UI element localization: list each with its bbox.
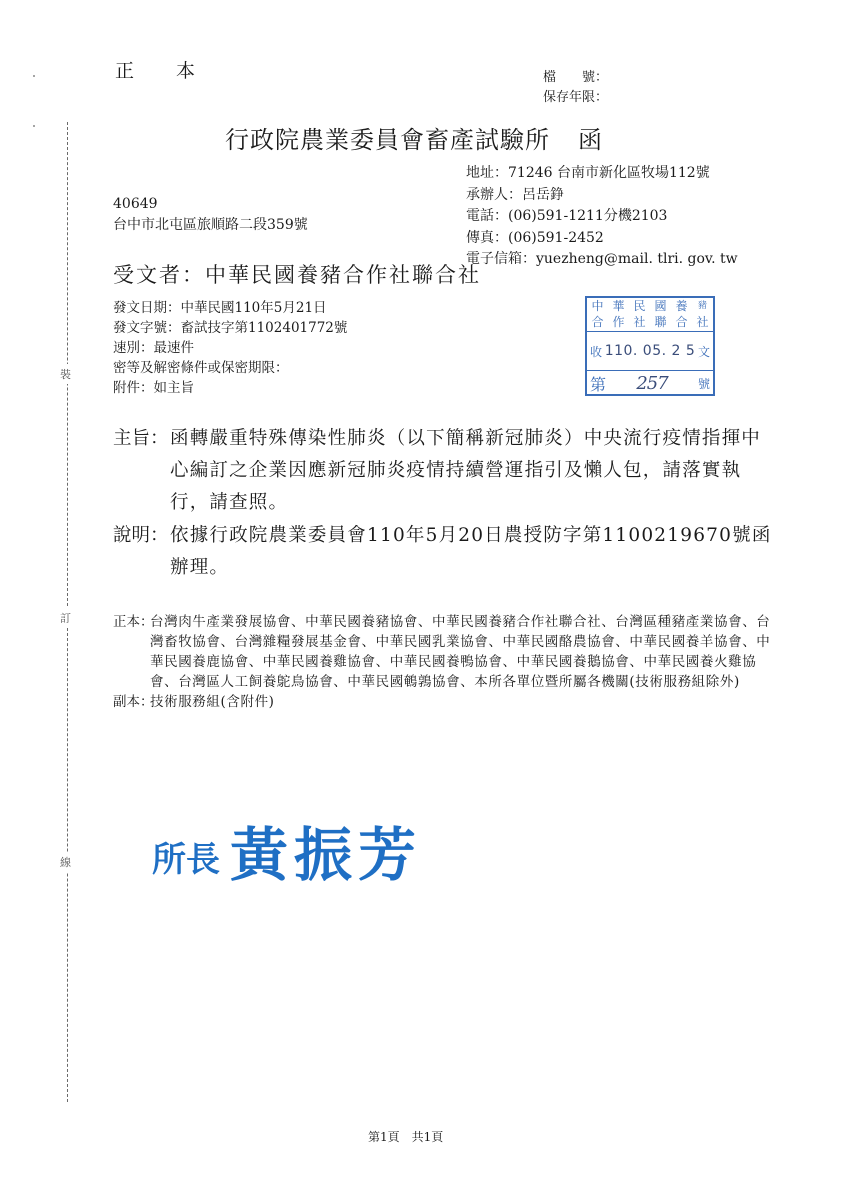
stamp-char: 養 xyxy=(671,299,692,315)
stamp-char: 國 xyxy=(650,299,671,315)
page-indicator: 第1頁 共1頁 xyxy=(368,1128,443,1145)
stamp-char: 合 xyxy=(671,315,692,331)
stamp-char: 聯 xyxy=(650,315,671,331)
explanation-text: 依據行政院農業委員會110年5月20日農授防字第1100219670號函辦理。 xyxy=(170,520,773,584)
signature-title: 所長 xyxy=(152,840,220,880)
stamp-char: 合 xyxy=(587,315,608,331)
retention-label: 保存年限： xyxy=(543,88,608,108)
issue-date: 發文日期：中華民國110年5月21日 xyxy=(113,298,347,318)
subject-text: 函轉嚴重特殊傳染性肺炎（以下簡稱新冠肺炎）中央流行疫情指揮中心編訂之企業因應新冠… xyxy=(170,423,773,519)
recipient-name: 受文者：中華民國養豬合作社聯合社 xyxy=(113,259,481,289)
copy-mark: 正 本 xyxy=(115,56,213,83)
sender-email: 電子信箱：yuezheng@mail. tlri. gov. tw xyxy=(466,249,738,271)
explanation-section: 說明： 依據行政院農業委員會110年5月20日農授防字第1100219670號函… xyxy=(113,520,773,584)
scan-dot xyxy=(33,75,35,77)
stamp-char: 民 xyxy=(629,299,650,315)
stamp-number: 257 xyxy=(636,373,667,394)
stamp-number-row: 第 257 號 xyxy=(587,371,713,395)
confidentiality: 密等及解密條件或保密期限： xyxy=(113,358,347,378)
recipient-address: 台中市北屯區旅順路二段359號 xyxy=(113,215,308,236)
sender-phone: 電話：(06)591-1211分機2103 xyxy=(466,206,738,228)
stamp-org-name: 中 華 民 國 養 豬 合 作 社 聯 合 社 xyxy=(587,298,713,332)
binding-mark-staple: 訂 xyxy=(60,608,71,628)
stamp-char: 作 xyxy=(608,315,629,331)
file-number-label: 檔 號： xyxy=(543,68,608,88)
subject-section: 主旨： 函轉嚴重特殊傳染性肺炎（以下簡稱新冠肺炎）中央流行疫情指揮中心編訂之企業… xyxy=(113,423,773,519)
stamp-suffix: 號 xyxy=(698,375,710,392)
scan-dot xyxy=(33,125,35,127)
file-meta: 檔 號： 保存年限： xyxy=(543,68,608,108)
distribution-list: 正本： 台灣肉牛產業發展協會、中華民國養豬協會、中華民國養豬合作社聯合社、台灣區… xyxy=(113,612,783,712)
stamp-char: 華 xyxy=(608,299,629,315)
binding-mark-line: 線 xyxy=(60,852,71,872)
doc-type: 函 xyxy=(578,126,603,154)
stamp-received-char: 收 xyxy=(590,343,602,360)
doc-fields: 發文日期：中華民國110年5月21日 發文字號：畜試技字第1102401772號… xyxy=(113,298,347,398)
sender-address: 地址：71246 台南市新化區牧場112號 xyxy=(466,163,738,185)
recipient-postal-code: 40649 xyxy=(113,194,308,215)
attachment: 附件：如主旨 xyxy=(113,378,347,398)
stamp-char: 豬 xyxy=(692,299,713,315)
received-stamp: 中 華 民 國 養 豬 合 作 社 聯 合 社 收 110. 05. 2 5 文… xyxy=(585,296,715,396)
explanation-label: 說明： xyxy=(113,520,169,552)
doc-number: 發文字號：畜試技字第1102401772號 xyxy=(113,318,347,338)
copy-recipients: 副本： 技術服務組(含附件) xyxy=(113,692,783,712)
stamp-date-row: 收 110. 05. 2 5 文 xyxy=(587,332,713,371)
signature-name: 黃振芳 xyxy=(230,821,422,889)
binding-mark-bind: 裝 xyxy=(60,364,71,384)
subject-label: 主旨： xyxy=(113,423,169,455)
copy-recipients-text: 技術服務組(含附件) xyxy=(150,692,783,712)
stamp-char: 社 xyxy=(629,315,650,331)
stamp-char: 社 xyxy=(692,315,713,331)
sender-info: 地址：71246 台南市新化區牧場112號 承辦人：呂岳錚 電話：(06)591… xyxy=(466,163,738,271)
original-recipients: 正本： 台灣肉牛產業發展協會、中華民國養豬協會、中華民國養豬合作社聯合社、台灣區… xyxy=(113,612,783,692)
document-title: 行政院農業委員會畜產試驗所函 xyxy=(225,120,603,155)
sender-fax: 傳真：(06)591-2452 xyxy=(466,228,738,250)
priority: 速別：最速件 xyxy=(113,338,347,358)
director-signature-stamp: 所長黃振芳 xyxy=(152,808,422,892)
stamp-char: 中 xyxy=(587,299,608,315)
original-recipients-text: 台灣肉牛產業發展協會、中華民國養豬協會、中華民國養豬合作社聯合社、台灣區種豬產業… xyxy=(150,612,783,692)
issuer-name: 行政院農業委員會畜產試驗所 xyxy=(225,126,550,154)
original-label: 正本： xyxy=(113,612,154,632)
stamp-date: 110. 05. 2 5 xyxy=(605,343,696,359)
contact-person: 承辦人：呂岳錚 xyxy=(466,185,738,207)
stamp-doc-char: 文 xyxy=(698,343,710,360)
copy-label: 副本： xyxy=(113,692,154,712)
stamp-prefix: 第 xyxy=(590,372,606,395)
recipient-address-block: 40649 台中市北屯區旅順路二段359號 xyxy=(113,194,308,236)
